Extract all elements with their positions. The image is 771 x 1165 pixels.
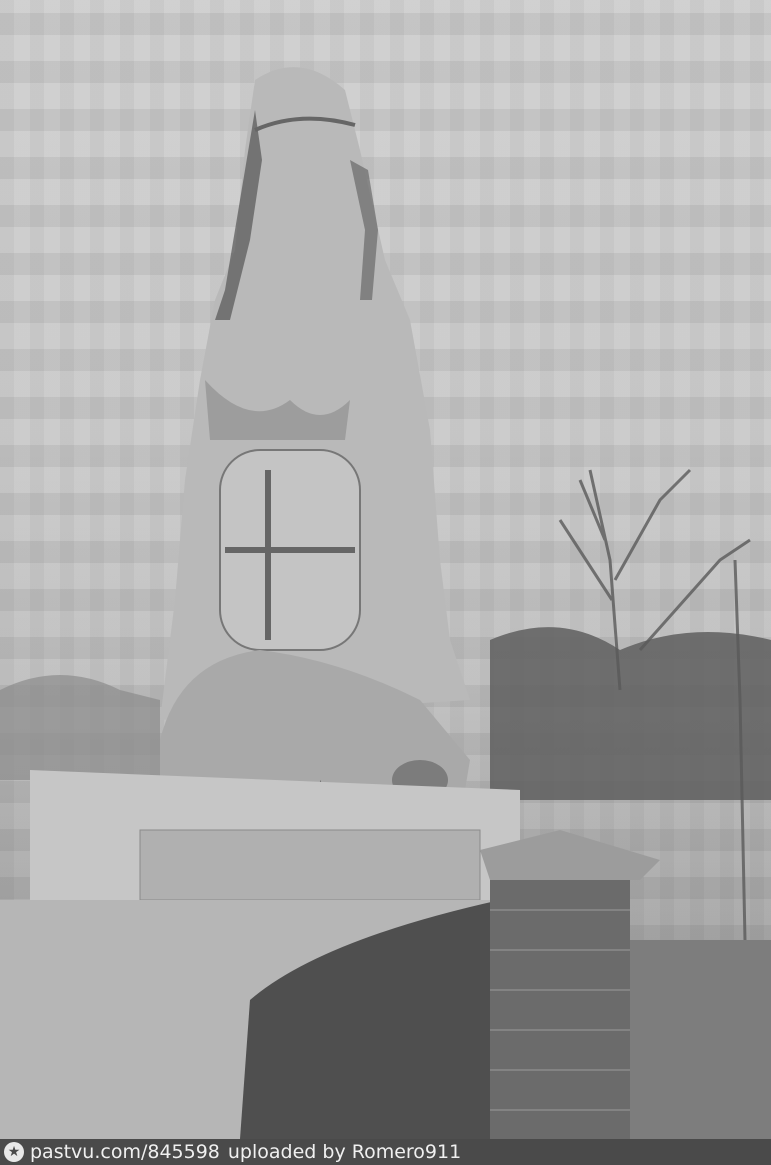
watermark-bar: ★ pastvu.com/845598 uploaded by Romero91… [0, 1139, 771, 1165]
photo [0, 0, 771, 1139]
star-circle-icon: ★ [4, 1142, 24, 1162]
source-link[interactable]: pastvu.com/845598 [30, 1141, 220, 1163]
photo-scene [0, 0, 771, 1139]
uploader-text: uploaded by Romero911 [228, 1141, 461, 1163]
